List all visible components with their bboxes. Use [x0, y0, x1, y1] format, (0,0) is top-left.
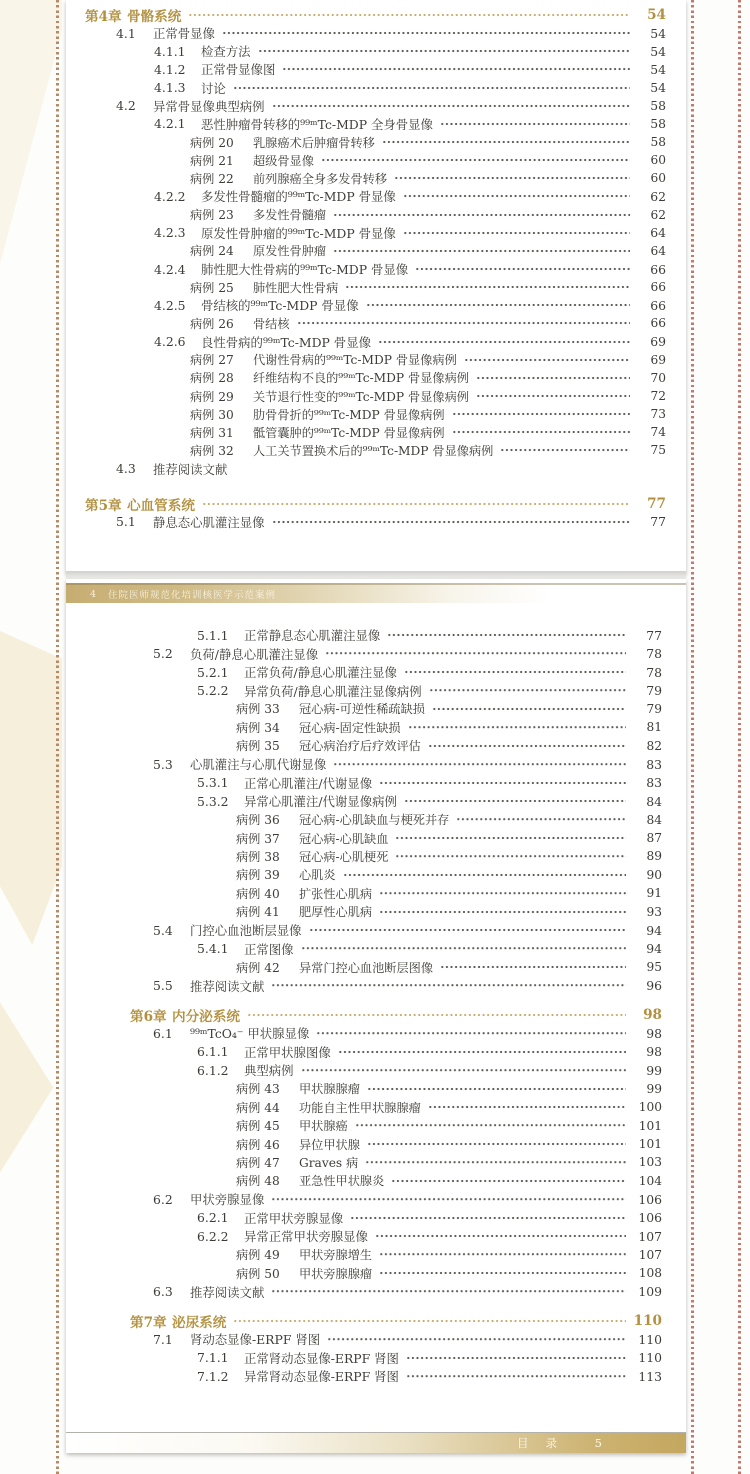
entry-page-number: 81 [632, 720, 662, 734]
toc-chapter-entry: 第5章心血管系统77 [66, 495, 666, 513]
toc-entry: 5.2.1正常负荷/静息心肌灌注显像78 [66, 663, 662, 681]
entry-page-number: 77 [636, 496, 666, 512]
entry-title: 门控心血池断层显像 [190, 921, 302, 939]
dot-leader [271, 1282, 626, 1300]
dot-leader [343, 866, 626, 884]
entry-page-number: 98 [632, 1044, 662, 1059]
toc-entry: 4.1.2正常骨显像图54 [66, 60, 666, 78]
entry-title: 功能自主性甲状腺腺瘤 [299, 1099, 421, 1116]
dot-leader [432, 700, 626, 718]
chapter-6-block: 第6章内分泌系统986.1⁹⁹ᵐTcO₄⁻ 甲状腺显像986.1.1正常甲状腺图… [66, 1006, 662, 1301]
entry-title: 异常心肌灌注/代谢显像病例 [244, 792, 397, 810]
entry-number: 病例 20 [190, 134, 253, 151]
entry-title: 冠心病治疗后疗效评估 [299, 737, 421, 754]
toc-entry: 5.3.1正常心肌灌注/代谢显像83 [66, 774, 662, 792]
entry-page-number: 62 [636, 189, 666, 204]
entry-number: 6.2.1 [197, 1210, 244, 1225]
dot-leader [476, 387, 630, 405]
right-stitch-dotted-line [691, 0, 694, 1474]
toc-entry: 病例 20乳腺癌术后肿瘤骨转移58 [66, 133, 666, 151]
dot-leader [355, 1116, 626, 1134]
entry-page-number: 101 [632, 1137, 662, 1151]
toc-entry: 6.1.1正常甲状腺图像98 [66, 1043, 662, 1061]
dot-leader [316, 1024, 626, 1042]
toc-entry: 7.1肾动态显像-ERPF 肾图110 [66, 1330, 662, 1348]
toc-entry: 5.5推荐阅读文献96 [66, 976, 662, 994]
dot-leader [404, 663, 626, 681]
entry-title: 骨骼系统 [127, 5, 181, 25]
entry-page-number: 113 [632, 1369, 662, 1384]
dot-leader [338, 1043, 626, 1061]
entry-page-number: 84 [632, 794, 662, 809]
dot-leader [272, 97, 630, 115]
entry-number: 病例 29 [190, 388, 253, 405]
entry-page-number: 110 [632, 1313, 662, 1329]
toc-entry: 病例 43甲状腺腺瘤99 [66, 1080, 662, 1098]
entry-number: 病例 47 [236, 1154, 299, 1171]
entry-number: 病例 33 [236, 700, 299, 717]
dot-leader [333, 755, 626, 773]
dot-leader [428, 1098, 626, 1116]
entry-number: 病例 25 [190, 279, 253, 296]
entry-title: 异常门控心血池断层图像 [299, 959, 433, 976]
toc-entry: 病例 36冠心病-心肌缺血与梗死并存84 [66, 810, 662, 828]
entry-number: 5.3.2 [197, 794, 244, 809]
entry-page-number: 103 [632, 1155, 662, 1169]
dot-leader [345, 278, 630, 296]
toc-entry: 病例 34冠心病-固定性缺损81 [66, 718, 662, 736]
dot-leader [327, 1330, 626, 1348]
entry-page-number: 78 [632, 646, 662, 661]
entry-number: 4.1 [116, 26, 153, 41]
edge-stitch-dotted-line [738, 0, 741, 1474]
entry-page-number: 73 [636, 407, 666, 421]
dot-leader [382, 133, 630, 151]
entry-title: 甲状旁腺显像 [190, 1190, 264, 1208]
entry-title: 甲状旁腺腺瘤 [299, 1265, 372, 1282]
dot-leader [333, 242, 630, 260]
entry-title: 异常负荷/静息心肌灌注显像病例 [244, 682, 422, 700]
toc-entry: 5.1静息态心肌灌注显像77 [66, 513, 666, 531]
entry-number: 病例 32 [190, 442, 253, 459]
entry-number: 4.1.2 [154, 62, 201, 77]
toc-entry: 病例 40扩张性心肌病91 [66, 884, 662, 902]
entry-title: ⁹⁹ᵐTcO₄⁻ 甲状腺显像 [190, 1024, 309, 1042]
entry-number: 病例 45 [236, 1117, 299, 1134]
dot-leader [428, 737, 626, 755]
page-gap-shadow [66, 571, 686, 579]
footer-label: 目录 [517, 1435, 574, 1451]
entry-page-number: 74 [636, 425, 666, 439]
toc-entry: 4.2异常骨显像典型病例58 [66, 97, 666, 115]
entry-number: 5.2 [153, 646, 190, 661]
dot-leader [456, 810, 626, 828]
dot-leader [404, 792, 626, 810]
entry-title: 代谢性骨病的⁹⁹ᵐTc-MDP 骨显像病例 [253, 351, 457, 368]
dot-leader [408, 718, 626, 736]
entry-number: 4.1.1 [154, 44, 201, 59]
entry-number: 6.1 [153, 1026, 190, 1041]
dot-leader [321, 151, 630, 169]
entry-page-number: 79 [632, 683, 662, 698]
entry-title: 正常图像 [244, 940, 294, 958]
entry-page-number: 107 [632, 1229, 662, 1244]
entry-number: 病例 36 [236, 811, 299, 828]
entry-page-number: 77 [636, 514, 666, 529]
entry-number: 病例 22 [190, 170, 253, 187]
dot-leader [247, 1006, 626, 1024]
entry-number: 病例 26 [190, 315, 253, 332]
entry-number: 4.1.3 [154, 80, 201, 95]
entry-number: 4.2.1 [154, 116, 201, 131]
entry-page-number: 83 [632, 775, 662, 790]
entry-page-number: 54 [636, 62, 666, 77]
entry-page-number: 75 [636, 443, 666, 457]
toc-entry: 5.3心肌灌注与心肌代谢显像83 [66, 755, 662, 773]
entry-title: 泌尿系统 [172, 1311, 226, 1331]
entry-page-number: 98 [632, 1007, 662, 1023]
toc-chapter-entry: 第6章内分泌系统98 [66, 1006, 662, 1024]
entry-page-number: 100 [632, 1100, 662, 1114]
dot-leader [367, 1080, 626, 1098]
toc-entry: 病例 49甲状旁腺增生107 [66, 1245, 662, 1263]
entry-title: 正常肾动态显像-ERPF 肾图 [244, 1349, 399, 1367]
dot-leader [222, 24, 630, 42]
entry-page-number: 84 [632, 813, 662, 827]
entry-number: 7.1.2 [197, 1369, 244, 1384]
entry-title: 讨论 [201, 79, 226, 97]
entry-number: 第7章 [130, 1311, 172, 1331]
entry-page-number: 78 [632, 665, 662, 680]
entry-number: 4.2.5 [154, 298, 201, 313]
toc-entry: 病例 31骶管囊肿的⁹⁹ᵐTc-MDP 骨显像病例74 [66, 423, 666, 441]
entry-page-number: 58 [636, 135, 666, 149]
dot-leader [464, 351, 630, 369]
entry-page-number: 99 [632, 1082, 662, 1096]
entry-title: 超级骨显像 [253, 152, 314, 169]
entry-page-number: 90 [632, 868, 662, 882]
entry-title: 异常肾动态显像-ERPF 肾图 [244, 1367, 399, 1385]
entry-title: 异位甲状腺 [299, 1136, 360, 1153]
toc-entry: 病例 25肺性肥大性骨病66 [66, 278, 666, 296]
entry-number: 4.2.4 [154, 262, 201, 277]
dot-leader [379, 774, 626, 792]
entry-title: 冠心病-心肌缺血 [299, 830, 388, 847]
dot-leader [403, 224, 630, 242]
running-header-title: 住院医师规范化培训核医学示范案例 [108, 587, 276, 601]
toc-entry: 6.1.2典型病例99 [66, 1061, 662, 1079]
toc-entry: 6.3推荐阅读文献109 [66, 1282, 662, 1300]
dot-leader [379, 1264, 626, 1282]
entry-title: 正常静息态心肌灌注显像 [244, 626, 380, 644]
dot-leader [378, 333, 630, 351]
toc-entry: 4.2.2多发性骨髓瘤的⁹⁹ᵐTc-MDP 骨显像62 [66, 187, 666, 205]
entry-number: 5.5 [153, 978, 190, 993]
running-header-band: 4 住院医师规范化培训核医学示范案例 [66, 583, 686, 603]
toc-entry: 4.2.4肺性肥大性骨病的⁹⁹ᵐTc-MDP 骨显像66 [66, 260, 666, 278]
toc-entry: 病例 41肥厚性心肌病93 [66, 903, 662, 921]
entry-page-number: 72 [636, 389, 666, 403]
entry-number: 7.1 [153, 1332, 190, 1347]
entry-number: 病例 31 [190, 424, 253, 441]
entry-number: 4.3 [116, 461, 153, 476]
toc-entry: 病例 46异位甲状腺101 [66, 1135, 662, 1153]
margin-decoration [0, 600, 62, 945]
toc-entry: 5.4门控心血池断层显像94 [66, 921, 662, 939]
dot-leader [452, 405, 630, 423]
dot-leader [440, 115, 630, 133]
dot-leader [365, 1153, 626, 1171]
toc-entry: 4.1正常骨显像54 [66, 24, 666, 42]
toc-entry: 6.1⁹⁹ᵐTcO₄⁻ 甲状腺显像98 [66, 1024, 662, 1042]
entry-number: 病例 40 [236, 885, 299, 902]
entry-number: 病例 35 [236, 737, 299, 754]
entry-page-number: 99 [632, 1063, 662, 1078]
entry-page-number: 58 [636, 98, 666, 113]
toc-entry: 5.3.2异常心肌灌注/代谢显像病例84 [66, 792, 662, 810]
entry-number: 第4章 [85, 5, 127, 25]
dot-leader [452, 423, 630, 441]
toc-entry: 4.2.5骨结核的⁹⁹ᵐTc-MDP 骨显像66 [66, 296, 666, 314]
entry-page-number: 79 [632, 702, 662, 716]
entry-page-number: 93 [632, 905, 662, 919]
dot-leader [301, 1061, 626, 1079]
corner-decoration [0, 0, 62, 300]
entry-number: 病例 30 [190, 406, 253, 423]
entry-page-number: 104 [632, 1174, 662, 1188]
entry-page-number: 94 [632, 941, 662, 956]
toc-entry: 7.1.2异常肾动态显像-ERPF 肾图113 [66, 1367, 662, 1385]
dot-leader [188, 6, 630, 24]
dot-leader [233, 79, 630, 97]
dot-leader [406, 1367, 626, 1385]
dot-leader [271, 1190, 626, 1208]
entry-number: 4.2.2 [154, 189, 201, 204]
entry-page-number: 98 [632, 1026, 662, 1041]
entry-number: 4.2.6 [154, 334, 201, 349]
entry-page-number: 60 [636, 171, 666, 185]
toc-entry: 病例 48亚急性甲状腺炎104 [66, 1172, 662, 1190]
left-stitch-dotted-line [56, 0, 59, 1474]
dot-leader [271, 976, 626, 994]
dot-leader [395, 847, 626, 865]
chapter-7-block: 第7章泌尿系统1107.1肾动态显像-ERPF 肾图1107.1.1正常肾动态显… [66, 1312, 662, 1386]
toc-entry: 病例 33冠心病-可逆性稀疏缺损79 [66, 700, 662, 718]
entry-number: 病例 28 [190, 369, 253, 386]
entry-title: 冠心病-心肌梗死 [299, 848, 388, 865]
entry-page-number: 110 [632, 1332, 662, 1347]
toc-entry: 5.4.1正常图像94 [66, 939, 662, 957]
dot-leader [297, 314, 630, 332]
entry-page-number: 106 [632, 1192, 662, 1207]
dot-leader [395, 829, 626, 847]
entry-title: 亚急性甲状腺炎 [299, 1172, 384, 1189]
entry-number: 5.3.1 [197, 775, 244, 790]
entry-number: 6.3 [153, 1284, 190, 1299]
entry-number: 病例 49 [236, 1246, 299, 1263]
entry-page-number: 60 [636, 153, 666, 167]
toc-entry: 病例 38冠心病-心肌梗死89 [66, 847, 662, 865]
entry-number: 病例 27 [190, 351, 253, 368]
margin-decoration [0, 995, 58, 1180]
dot-leader [309, 921, 626, 939]
entry-title: 原发性骨肿瘤 [253, 242, 326, 259]
entry-page-number: 54 [636, 26, 666, 41]
entry-number: 病例 43 [236, 1080, 299, 1097]
entry-title: 检查方法 [201, 42, 251, 60]
entry-title: 异常正常甲状旁腺显像 [244, 1227, 368, 1245]
entry-title: 关节退行性变的⁹⁹ᵐTc-MDP 骨显像病例 [253, 388, 469, 405]
entry-title: 正常负荷/静息心肌灌注显像 [244, 663, 397, 681]
toc-entry: 病例 22前列腺癌全身多发骨转移60 [66, 169, 666, 187]
toc-entry: 病例 23多发性骨髓瘤62 [66, 206, 666, 224]
entry-title: 心肌炎 [299, 866, 336, 883]
entry-title: 多发性骨髓瘤的⁹⁹ᵐTc-MDP 骨显像 [201, 187, 396, 205]
toc-entry: 病例 27代谢性骨病的⁹⁹ᵐTc-MDP 骨显像病例69 [66, 351, 666, 369]
entry-number: 7.1.1 [197, 1350, 244, 1365]
dot-leader [379, 884, 626, 902]
dot-leader [415, 260, 630, 278]
dot-leader [366, 296, 630, 314]
toc-entry: 病例 45甲状腺癌101 [66, 1116, 662, 1134]
toc-entry: 7.1.1正常肾动态显像-ERPF 肾图110 [66, 1349, 662, 1367]
entry-title: 推荐阅读文献 [190, 1283, 264, 1301]
entry-number: 5.4.1 [197, 941, 244, 956]
entry-number: 病例 46 [236, 1136, 299, 1153]
entry-page-number: 77 [632, 628, 662, 643]
entry-number: 5.1 [116, 514, 153, 529]
entry-title: 静息态心肌灌注显像 [153, 513, 265, 531]
toc-chapter-entry: 第7章泌尿系统110 [66, 1312, 662, 1330]
entry-title: 正常甲状腺图像 [244, 1043, 331, 1061]
entry-title: 正常心肌灌注/代谢显像 [244, 774, 372, 792]
toc-entry: 病例 50甲状旁腺腺瘤108 [66, 1264, 662, 1282]
entry-title: 骶管囊肿的⁹⁹ᵐTc-MDP 骨显像病例 [253, 424, 445, 441]
entry-title: 原发性骨肿瘤的⁹⁹ᵐTc-MDP 骨显像 [201, 224, 396, 242]
entry-number: 5.4 [153, 923, 190, 938]
dot-leader [440, 958, 626, 976]
entry-title: 肋骨骨折的⁹⁹ᵐTc-MDP 骨显像病例 [253, 406, 445, 423]
entry-page-number: 89 [632, 849, 662, 863]
entry-page-number: 96 [632, 978, 662, 993]
chapter-5-block: 第5章心血管系统775.1静息态心肌灌注显像77 [66, 495, 666, 531]
dot-leader [272, 513, 630, 531]
entry-number: 4.2 [116, 98, 153, 113]
entry-title: 心血管系统 [127, 494, 195, 514]
entry-title: 冠心病-心肌缺血与梗死并存 [299, 811, 449, 828]
entry-number: 病例 39 [236, 866, 299, 883]
entry-title: 正常骨显像 [153, 24, 215, 42]
entry-title: 正常骨显像图 [201, 60, 275, 78]
entry-number: 病例 44 [236, 1099, 299, 1116]
toc-entry: 4.3推荐阅读文献0 [66, 460, 666, 478]
entry-page-number: 66 [636, 316, 666, 330]
entry-title: 肥厚性心肌病 [299, 903, 372, 920]
entry-number: 第5章 [85, 494, 127, 514]
dot-leader [406, 1349, 626, 1367]
toc-page-bottom: 4 住院医师规范化培训核医学示范案例 5.1.1正常静息态心肌灌注显像775.2… [66, 579, 686, 1453]
dot-leader [403, 187, 630, 205]
entry-page-number: 66 [636, 298, 666, 313]
entry-number: 病例 34 [236, 719, 299, 736]
dot-leader [325, 644, 626, 662]
entry-page-number: 108 [632, 1266, 662, 1280]
toc-content: 5.1.1正常静息态心肌灌注显像775.2负荷/静息心肌灌注显像785.2.1正… [66, 601, 686, 1386]
toc-entry: 病例 29关节退行性变的⁹⁹ᵐTc-MDP 骨显像病例72 [66, 387, 666, 405]
entry-title: 乳腺癌术后肿瘤骨转移 [253, 134, 375, 151]
entry-title: 骨结核的⁹⁹ᵐTc-MDP 骨显像 [201, 296, 359, 314]
entry-number: 5.1.1 [197, 628, 244, 643]
entry-title: 肺性肥大性骨病 [253, 279, 338, 296]
entry-page-number: 69 [636, 353, 666, 367]
entry-page-number: 82 [632, 739, 662, 753]
toc-chapter-entry: 第4章骨骼系统54 [66, 6, 666, 24]
entry-page-number: 95 [632, 960, 662, 974]
toc-entry: 4.2.6良性骨病的⁹⁹ᵐTc-MDP 骨显像69 [66, 333, 666, 351]
entry-number: 第6章 [130, 1005, 172, 1025]
dot-leader [301, 939, 626, 957]
dot-leader [379, 1245, 626, 1263]
entry-number: 病例 21 [190, 152, 253, 169]
entry-page-number: 70 [636, 371, 666, 385]
entry-title: 典型病例 [244, 1061, 294, 1079]
dot-leader [391, 1172, 626, 1190]
entry-page-number: 91 [632, 886, 662, 900]
dot-leader [375, 1227, 626, 1245]
entry-number: 病例 41 [236, 903, 299, 920]
entry-title: 前列腺癌全身多发骨转移 [253, 170, 387, 187]
entry-number: 5.2.1 [197, 665, 244, 680]
toc-entry: 病例 35冠心病治疗后疗效评估82 [66, 737, 662, 755]
toc-entry: 5.2负荷/静息心肌灌注显像78 [66, 644, 662, 662]
entry-number: 病例 23 [190, 206, 253, 223]
entry-page-number: 109 [632, 1284, 662, 1299]
dot-leader [258, 42, 630, 60]
entry-number: 4.2.3 [154, 225, 201, 240]
entry-title: 冠心病-固定性缺损 [299, 719, 401, 736]
toc-entry: 6.2.1正常甲状旁腺显像106 [66, 1209, 662, 1227]
toc-entry: 5.1.1正常静息态心肌灌注显像77 [66, 626, 662, 644]
entry-page-number: 58 [636, 116, 666, 131]
toc-entry: 病例 47Graves 病103 [66, 1153, 662, 1171]
entry-number: 6.1.2 [197, 1063, 244, 1078]
entry-number: 病例 50 [236, 1265, 299, 1282]
entry-title: 多发性骨髓瘤 [253, 206, 326, 223]
entry-page-number: 106 [632, 1210, 662, 1225]
entry-page-number: 64 [636, 244, 666, 258]
toc-entry: 病例 32人工关节置换术后的⁹⁹ᵐTc-MDP 骨显像病例75 [66, 441, 666, 459]
entry-title: 内分泌系统 [172, 1005, 240, 1025]
entry-title: 甲状旁腺增生 [299, 1246, 372, 1263]
entry-page-number: 54 [636, 7, 666, 23]
entry-number: 5.3 [153, 757, 190, 772]
entry-title: 甲状腺癌 [299, 1117, 348, 1134]
entry-number: 病例 48 [236, 1172, 299, 1189]
entry-title: 异常骨显像典型病例 [153, 97, 265, 115]
entry-title: 推荐阅读文献 [153, 460, 227, 478]
entry-page-number: 94 [632, 923, 662, 938]
chapter-4-block: 第4章骨骼系统544.1正常骨显像544.1.1检查方法544.1.2正常骨显像… [66, 6, 666, 478]
entry-title: Graves 病 [299, 1154, 358, 1171]
toc-entry: 5.2.2异常负荷/静息心肌灌注显像病例79 [66, 681, 662, 699]
entry-page-number: 101 [632, 1119, 662, 1133]
entry-number: 6.2.2 [197, 1229, 244, 1244]
entry-page-number: 66 [636, 262, 666, 277]
entry-title: 扩张性心肌病 [299, 885, 372, 902]
toc-entry: 病例 21超级骨显像60 [66, 151, 666, 169]
entry-title: 良性骨病的⁹⁹ᵐTc-MDP 骨显像 [201, 333, 371, 351]
toc-entry: 4.1.3讨论54 [66, 79, 666, 97]
